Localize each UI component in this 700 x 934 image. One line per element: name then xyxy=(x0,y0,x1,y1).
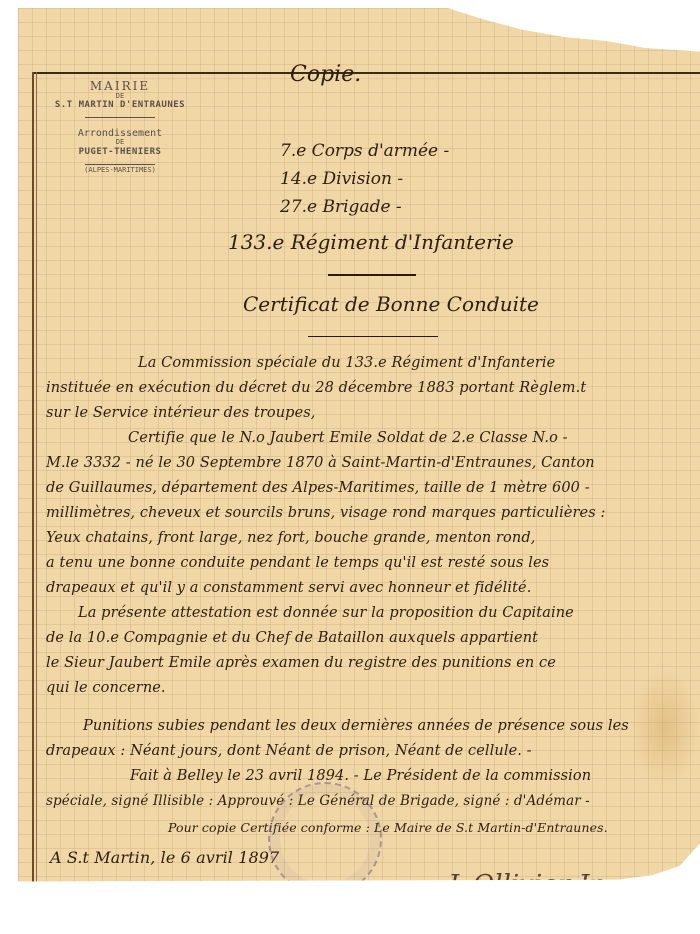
mairie-stamp: MAIRIE DE S.T MARTIN D'ENTRAUNES Arrondi… xyxy=(40,80,200,175)
body-line-3: sur le Service intérieur des troupes, xyxy=(46,405,316,421)
body-line-5: M.le 3332 - né le 30 Septembre 1870 à Sa… xyxy=(46,455,595,471)
stamp-divider xyxy=(85,117,155,118)
body-line-14: qui le concerne. xyxy=(46,680,166,696)
body-line-12: de la 10.e Compagnie et du Chef de Batai… xyxy=(46,630,538,646)
body-line-15: Punitions subies pendant les deux derniè… xyxy=(83,718,629,734)
body-line-7: millimètres, cheveux et sourcils bruns, … xyxy=(46,505,605,521)
division-line: 14.e Division - xyxy=(280,169,403,189)
body-line-16: drapeaux : Néant jours, dont Néant de pr… xyxy=(46,743,532,759)
stamp-commune: S.T MARTIN D'ENTRAUNES xyxy=(40,101,200,111)
mayor-signature: J. Ollivier Jr xyxy=(448,870,601,900)
regiment-line: 133.e Régiment d'Infanterie xyxy=(228,230,514,254)
body-line-8: Yeux chatains, front large, nez fort, bo… xyxy=(46,530,535,546)
stamp-de-2: DE xyxy=(40,139,200,147)
body-line-2: instituée en exécution du décret du 28 d… xyxy=(46,380,586,396)
body-line-11: La présente attestation est donnée sur l… xyxy=(78,605,574,621)
margin-rule xyxy=(32,72,34,882)
body-line-13: le Sieur Jaubert Emile après examen du r… xyxy=(46,655,556,671)
body-line-17: Fait à Belley le 23 avril 1894. - Le Pré… xyxy=(130,768,591,784)
official-seal xyxy=(268,782,382,896)
margin-rule-inner xyxy=(36,72,37,882)
body-line-20: A S.t Martin, le 6 avril 1897 xyxy=(50,848,279,867)
body-line-1: La Commission spéciale du 133.e Régiment… xyxy=(138,355,555,371)
certificate-title: Certificat de Bonne Conduite xyxy=(243,292,539,316)
stamp-divider-2 xyxy=(85,164,155,165)
body-line-9: a tenu une bonne conduite pendant le tem… xyxy=(46,555,549,571)
corps-line: 7.e Corps d'armée - xyxy=(280,141,449,161)
paper-stain xyxy=(630,668,700,788)
body-line-19: Pour copie Certifiée conforme : Le Maire… xyxy=(168,820,608,835)
body-line-6: de Guillaumes, département des Alpes-Mar… xyxy=(46,480,590,496)
header-rule xyxy=(32,72,700,74)
document-title: Copie. xyxy=(290,62,361,87)
title-rule-2 xyxy=(308,336,438,337)
title-rule-1 xyxy=(328,274,416,276)
body-line-4: Certifie que le N.o Jaubert Emile Soldat… xyxy=(128,430,568,446)
stamp-puget: PUGET-THENIERS xyxy=(40,148,200,158)
brigade-line: 27.e Brigade - xyxy=(280,197,402,217)
stamp-department: (ALPES-MARITIMES) xyxy=(40,167,200,175)
body-line-10: drapeaux et qu'il y a constamment servi … xyxy=(46,580,531,596)
document-page: MAIRIE DE S.T MARTIN D'ENTRAUNES Arrondi… xyxy=(18,8,700,916)
